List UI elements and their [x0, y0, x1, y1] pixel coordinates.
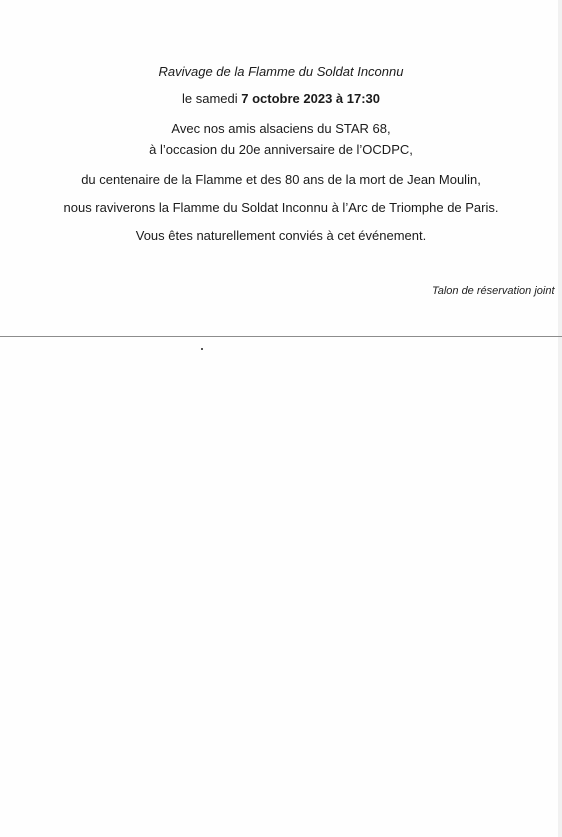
event-title: Ravivage de la Flamme du Soldat Inconnu: [0, 64, 562, 80]
reservation-note: Talon de réservation joint: [432, 283, 555, 299]
rekindle-line: nous raviverons la Flamme du Soldat Inco…: [0, 200, 562, 216]
partners-line: Avec nos amis alsaciens du STAR 68,: [0, 121, 562, 137]
document-page: Ravivage de la Flamme du Soldat Inconnu …: [0, 0, 562, 837]
event-date: le samedi 7 octobre 2023 à 17:30: [0, 91, 562, 107]
centenary-line: du centenaire de la Flamme et des 80 ans…: [0, 172, 562, 188]
anniversary-line: à l’occasion du 20e anniversaire de l’OC…: [0, 142, 562, 158]
cut-line-divider: [0, 336, 562, 337]
event-date-value: 7 octobre 2023 à 17:30: [241, 91, 380, 106]
invitation-line: Vous êtes naturellement conviés à cet év…: [0, 228, 562, 244]
scan-speck: [201, 348, 203, 350]
event-date-prefix: le samedi: [182, 91, 241, 106]
